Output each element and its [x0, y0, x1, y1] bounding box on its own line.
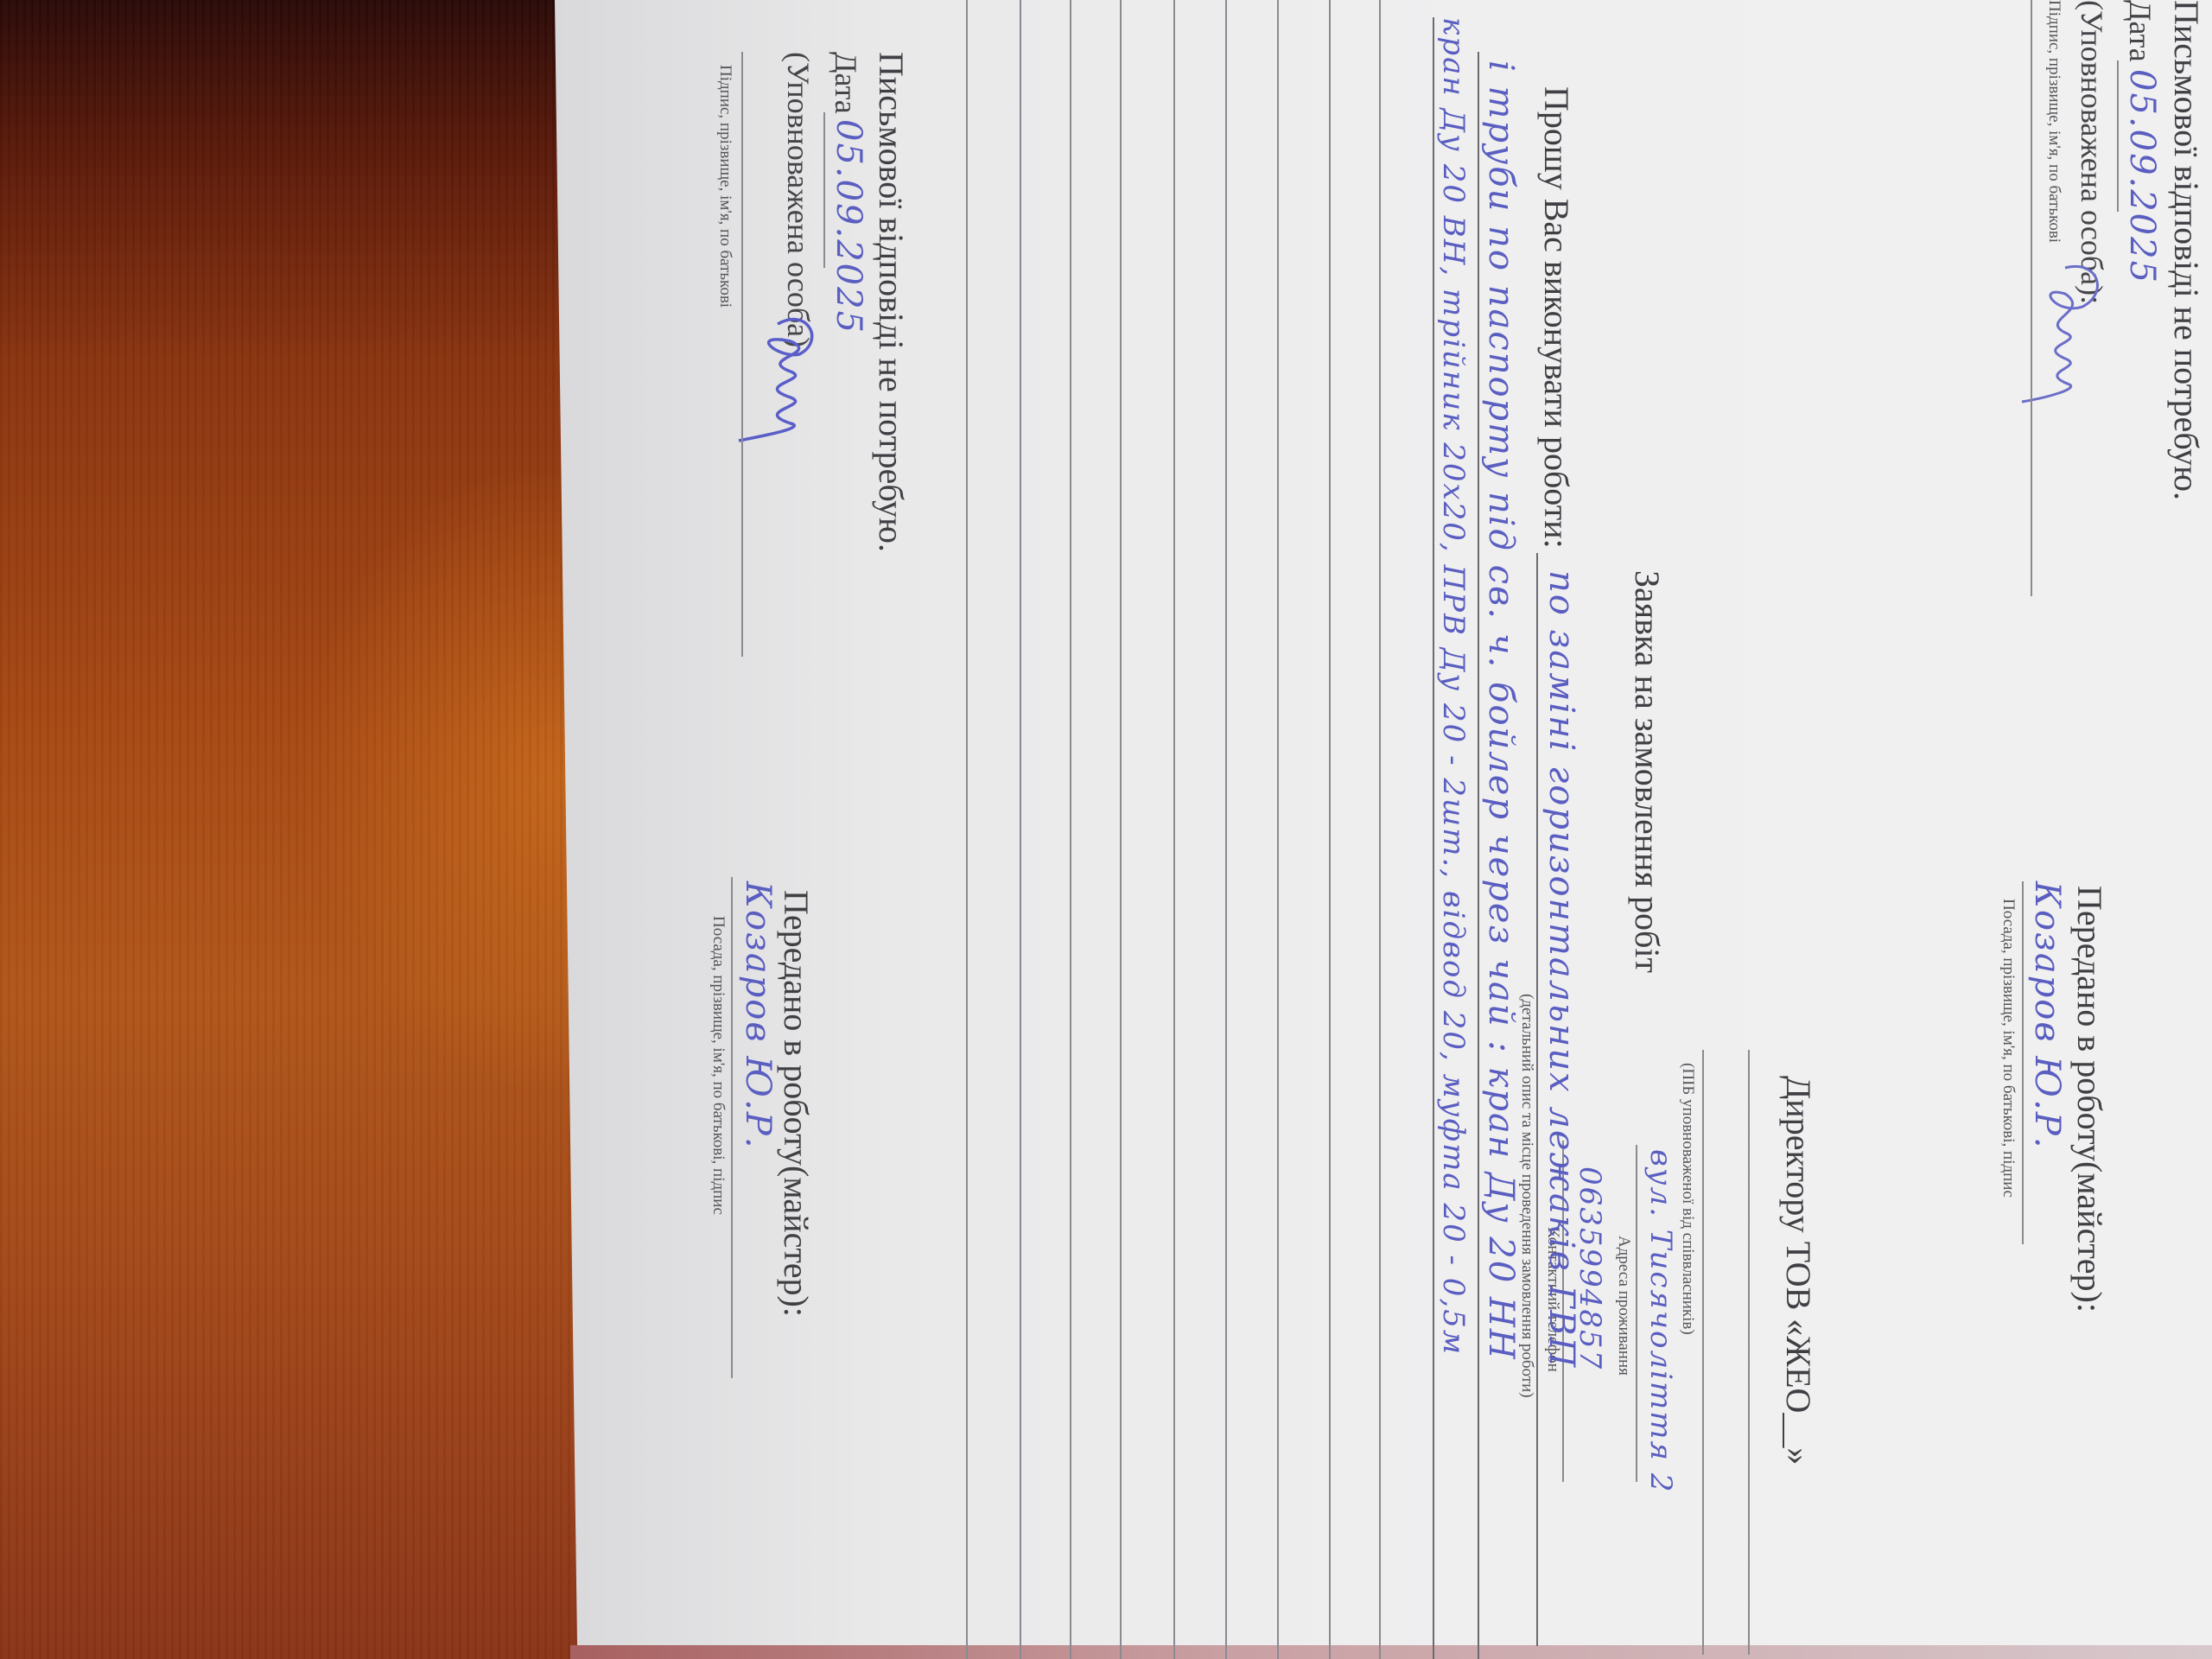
- work-order-form: Письмової відповіді не потребую. Дата 05…: [570, 0, 2212, 1659]
- bottom-date-value: 05.09.2025: [829, 119, 868, 334]
- top-signature-line: [2031, 0, 2032, 596]
- request-line-1: [1536, 553, 1538, 1646]
- top-date-label: Дата: [2122, 0, 2158, 62]
- request-line-1-text: по заміні горизонтальних лежаків ГВП: [1541, 570, 1581, 1369]
- address-value: вул. Тисячоліття 2: [1643, 1149, 1678, 1493]
- blank-line-7: [1070, 0, 1071, 1659]
- request-line-2: [1478, 52, 1479, 1659]
- desk-surface: [0, 0, 605, 1659]
- bottom-master-caption: Посада, прізвище, ім'я, по батькові, під…: [709, 916, 728, 1215]
- request-line-2-text: і труби по паспорту під св. ч. бойлер че…: [1481, 60, 1521, 1361]
- blank-line-5: [1173, 0, 1175, 1659]
- bottom-handed-label: Передано в роботу(майстер):: [776, 890, 817, 1317]
- address-caption: Адреса проживання: [1614, 1236, 1633, 1376]
- request-line-3: [1433, 17, 1434, 1659]
- bottom-signature-caption: Підпис, прізвище, ім'я, по батькові: [715, 65, 734, 308]
- addressee-line-2: [1702, 1050, 1704, 1655]
- top-handed-label: Передано в роботу(майстер):: [2069, 886, 2110, 1313]
- address-line: [1636, 1145, 1637, 1482]
- top-master-line: [2022, 881, 2024, 1244]
- top-date-line: [2117, 60, 2119, 212]
- addressee-line-1: [1748, 1050, 1750, 1655]
- form-title: Заявка на замовлення робіт: [1627, 570, 1668, 973]
- blank-line-9: [966, 0, 968, 1659]
- bottom-date-line: [823, 112, 825, 268]
- top-date-value: 05.09.2025: [2122, 69, 2162, 284]
- pib-caption: (ПІБ уповноваженої від співвласників): [1678, 1063, 1697, 1335]
- bottom-no-reply-text: Письмової відповіді не потребую.: [871, 52, 912, 552]
- top-signature-caption: Підпис, прізвище, ім'я, по батькові: [2044, 0, 2063, 243]
- request-line-3-text: кран Ду 20 ВН, трійник 20х20, ПРВ Ду 20 …: [1436, 17, 1471, 1356]
- bottom-signature-line: [741, 52, 743, 657]
- top-master-caption: Посада, прізвище, ім'я, по батькові, під…: [1999, 899, 2018, 1198]
- top-signature-icon: [2013, 259, 2117, 406]
- blank-line-8: [1020, 0, 1021, 1659]
- top-no-reply-text: Письмової відповіді не потребую.: [2166, 0, 2207, 500]
- addressee-director: Директору ТОВ «ЖЕО__»: [1778, 1076, 1819, 1465]
- bottom-authorized-label: (Уповноважена особа): [780, 52, 817, 347]
- bottom-date-label: Дата: [828, 52, 864, 114]
- blank-line-1: [1379, 0, 1381, 1659]
- blank-line-3: [1277, 0, 1279, 1659]
- blank-line-4: [1225, 0, 1227, 1659]
- request-lead: Прошу Вас виконувати роботи:: [1536, 86, 1577, 549]
- bottom-signature-icon: [730, 307, 860, 445]
- bottom-master-value: Козаров Ю.Р.: [738, 881, 778, 1149]
- top-master-value: Козаров Ю.Р.: [2027, 881, 2067, 1149]
- wood-grain: [0, 0, 605, 1659]
- blank-line-6: [1120, 0, 1122, 1659]
- blank-line-2: [1329, 0, 1331, 1659]
- bottom-master-line: [731, 877, 733, 1378]
